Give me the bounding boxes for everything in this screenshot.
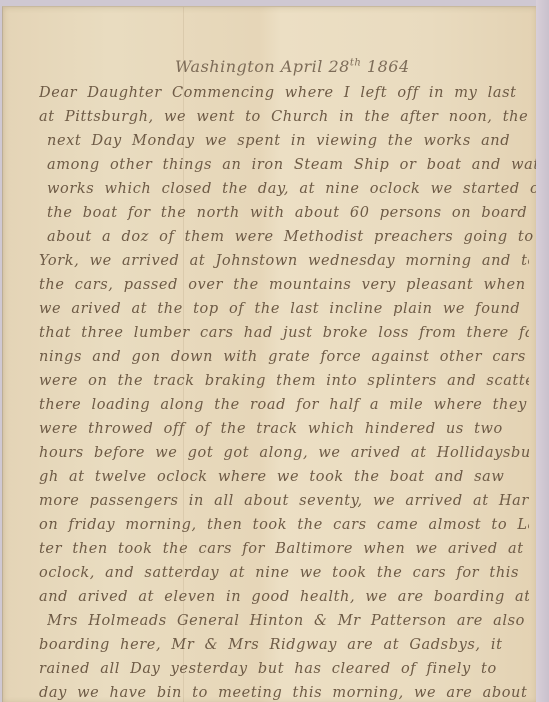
- letter-line: we arived at the top of the last incline…: [39, 301, 529, 317]
- letter-heading: Washington April 28th 1864: [175, 57, 495, 76]
- letter-line: on friday morning, then took the cars ca…: [39, 517, 529, 533]
- heading-place: Washington: [175, 57, 275, 76]
- letter-line: Mrs Holmeads General Hinton & Mr Patters…: [47, 613, 537, 629]
- letter-line: Dear Daughter Commencing where I left of…: [39, 85, 529, 101]
- letter-line: York, we arrived at Johnstown wednesday …: [39, 253, 529, 269]
- letter-line: the cars, passed over the mountains very…: [39, 277, 529, 293]
- letter-line: more passengers in all about seventy, we…: [39, 493, 529, 509]
- letter-line: that three lumber cars had just broke lo…: [39, 325, 529, 341]
- letter-line: works which closed the day, at nine oclo…: [47, 181, 537, 197]
- heading-date: April 28: [281, 57, 350, 76]
- letter-line: gh at twelve oclock where we took the bo…: [39, 469, 529, 485]
- letter-line: next Day Monday we spent in viewing the …: [47, 133, 537, 149]
- letter-line: boarding here, Mr & Mrs Ridgway are at G…: [39, 637, 529, 653]
- letter-line: at Pittsburgh, we went to Church in the …: [39, 109, 529, 125]
- letter-line: were on the track braking them into spli…: [39, 373, 529, 389]
- scan-background-edge: [536, 0, 549, 702]
- letter-line: hours before we got got along, we arived…: [39, 445, 529, 461]
- letter-line: ter then took the cars for Baltimore whe…: [39, 541, 529, 557]
- letter-line: about a doz of them were Methodist preac…: [47, 229, 537, 245]
- letter-line: there loading along the road for half a …: [39, 397, 529, 413]
- letter-line: rained all Day yesterday but has cleared…: [39, 661, 529, 677]
- letter-line: day we have bin to meeting this morning,…: [39, 685, 529, 701]
- letter-line: oclock, and satterday at nine we took th…: [39, 565, 529, 581]
- heading-date-suffix: th: [350, 58, 361, 69]
- letter-line: among other things an iron Steam Ship or…: [47, 157, 537, 173]
- letter-line: nings and gon down with grate force agai…: [39, 349, 529, 365]
- letter-line: the boat for the north with about 60 per…: [47, 205, 537, 221]
- letter-line: and arived at eleven in good health, we …: [39, 589, 529, 605]
- heading-year: 1864: [367, 57, 410, 76]
- letter-paper: Washington April 28th 1864 Dear Daughter…: [2, 6, 537, 702]
- letter-line: were throwed off of the track which hind…: [39, 421, 529, 437]
